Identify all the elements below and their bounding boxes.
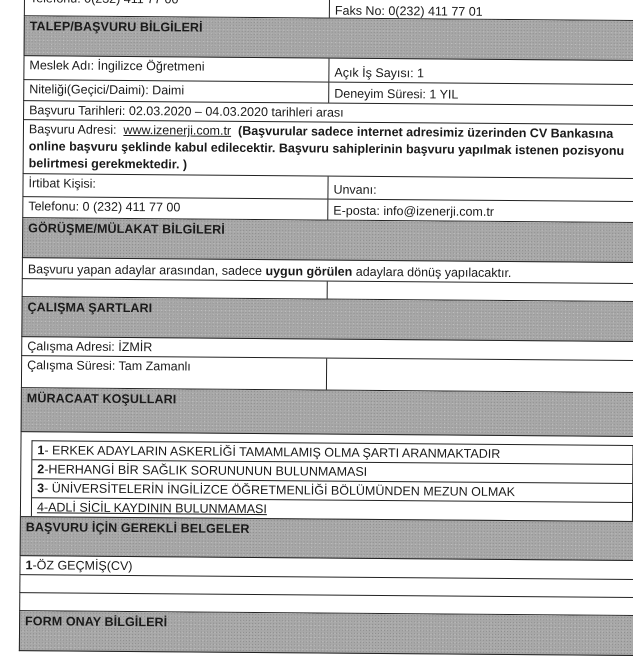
section-header-belgeler: BAŞVURU İÇİN GEREKLİ BELGELER bbox=[20, 516, 633, 561]
empty-cell bbox=[23, 279, 328, 298]
muracaat-list-row: 1- ERKEK ADAYLARIN ASKERLİĞİ TAMAMLAMIŞ … bbox=[20, 432, 633, 521]
section-header-gorusme: GÖRÜŞME/MÜLAKAT BİLGİLERİ bbox=[22, 218, 633, 263]
gorusme-text-part: adaylara dönüş yapılacaktır. bbox=[352, 265, 511, 280]
calisma-suresi: Çalışma Süresi: Tam Zamanlı bbox=[22, 356, 327, 389]
section-header-talep: TALEP/BAŞVURU BİLGİLERİ bbox=[24, 16, 633, 61]
item-text: 4-ADLİ SİCİL KAYDININ BULUNMAMASI bbox=[37, 500, 267, 516]
telefon: Telefonu: 0 (232) 411 77 00 bbox=[23, 197, 328, 219]
empty-cell bbox=[328, 282, 633, 301]
item-text: -HERHANGİ BİR SAĞLIK SORUNUNUN BULUNMAMA… bbox=[44, 462, 367, 479]
calisma-sure-row: Çalışma Süresi: Tam Zamanlı bbox=[21, 356, 633, 393]
irtibat-kisisi: İrtibat Kişisi: bbox=[23, 174, 328, 198]
section-title-gorusme: GÖRÜŞME/MÜLAKAT BİLGİLERİ bbox=[23, 218, 633, 262]
deneyim-suresi: Deneyim Süresi: 1 YIL bbox=[329, 83, 633, 105]
section-title-muracaat: MÜRACAAT KOŞULLARI bbox=[22, 388, 633, 436]
adres-label: Başvuru Adresi: bbox=[29, 122, 117, 137]
item-text: - ÜNİVERSİTELERİN İNGİLİZCE ÖĞRETMENLİĞİ… bbox=[44, 481, 515, 499]
muracaat-list: 1- ERKEK ADAYLARIN ASKERLİĞİ TAMAMLAMIŞ … bbox=[31, 440, 633, 521]
basvuru-adresi: Başvuru Adresi: www.izenerji.com.tr (Baş… bbox=[24, 120, 633, 178]
muracaat-list-wrap: 1- ERKEK ADAYLARIN ASKERLİĞİ TAMAMLAMIŞ … bbox=[21, 432, 633, 521]
item-text: -ÖZ GEÇMİŞ(CV) bbox=[32, 558, 132, 573]
calisma-saatleri bbox=[327, 359, 633, 392]
acik-is-sayisi: Açık İş Sayısı: 1 bbox=[329, 59, 633, 84]
eposta: E-posta: info@izenerji.com.tr bbox=[328, 200, 633, 222]
gorusme-text-bold: uygun görülen bbox=[265, 264, 352, 279]
meslek-adi: Meslek Adı: İngilizce Öğretmeni bbox=[24, 56, 329, 81]
section-header-muracaat: MÜRACAAT KOŞULLARI bbox=[21, 388, 633, 437]
application-form: Telefonu: 0(232) 411 77 00 Faks No: 0(23… bbox=[0, 0, 633, 602]
fax-number: Faks No: 0(232) 411 77 01 bbox=[330, 0, 633, 20]
adres-note: (Başvurular sadece internet adresimiz üz… bbox=[29, 124, 625, 172]
phone-partial: Telefonu: 0(232) 411 77 00 bbox=[25, 0, 330, 18]
website-link[interactable]: www.izenerji.com.tr bbox=[123, 123, 231, 138]
unvan: Unvanı: bbox=[328, 177, 633, 201]
adres-row: Başvuru Adresi: www.izenerji.com.tr (Baş… bbox=[23, 120, 633, 179]
section-title-talep: TALEP/BAŞVURU BİLGİLERİ bbox=[25, 16, 633, 60]
section-title-belgeler: BAŞVURU İÇİN GEREKLİ BELGELER bbox=[21, 517, 633, 560]
gorusme-text-part: Başvuru yapan adaylar arasından, sadece bbox=[28, 262, 266, 278]
section-title-calisma: ÇALIŞMA ŞARTLARI bbox=[22, 297, 633, 341]
niteligi: Niteliği(Geçici/Daimi): Daimi bbox=[24, 80, 329, 102]
section-header-calisma: ÇALIŞMA ŞARTLARI bbox=[21, 297, 633, 342]
item-text: - ERKEK ADAYLARIN ASKERLİĞİ TAMAMLAMIŞ O… bbox=[44, 443, 500, 461]
